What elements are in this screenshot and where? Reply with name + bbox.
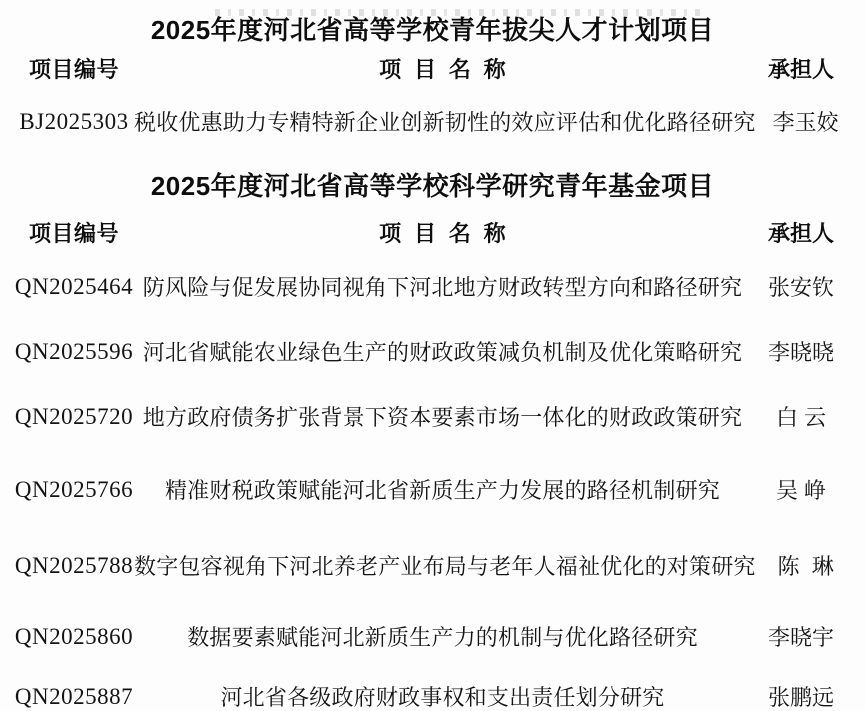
table-header: 项目编号 项 目 名 称 承担人 xyxy=(0,217,865,247)
table-header: 项目编号 项 目 名 称 承担人 xyxy=(0,53,865,83)
project-row: QN2025464 防风险与促发展协同视角下河北地方财政转型方向和路径研究 张安… xyxy=(0,271,865,301)
project-row: BJ2025303 税收优惠助力专精特新企业创新韧性的效应评估和优化路径研究 李… xyxy=(0,106,865,136)
header-project-code: 项目编号 xyxy=(14,217,134,248)
project-code: QN2025464 xyxy=(14,274,134,300)
project-name: 河北省各级政府财政事权和支出责任划分研究 xyxy=(134,681,751,711)
project-code: QN2025887 xyxy=(14,684,134,710)
project-name: 数字包容视角下河北养老产业布局与老年人福祉优化的对策研究 xyxy=(134,550,756,581)
project-row: QN2025720 地方政府债务扩张背景下资本要素市场一体化的财政政策研究 白 … xyxy=(0,401,865,431)
section-talent-program: 2025年度河北省高等学校青年拔尖人才计划项目 项目编号 项 目 名 称 承担人… xyxy=(0,13,865,136)
section-youth-fund: 2025年度河北省高等学校科学研究青年基金项目 项目编号 项 目 名 称 承担人… xyxy=(0,169,865,711)
project-person: 李晓宇 xyxy=(751,621,851,652)
project-person: 李玉姣 xyxy=(756,106,856,137)
project-code: BJ2025303 xyxy=(14,109,134,135)
project-name: 精准财税政策赋能河北省新质生产力发展的路径机制研究 xyxy=(134,474,751,505)
project-code: QN2025596 xyxy=(14,339,134,365)
project-person: 张安钦 xyxy=(751,271,851,302)
project-person: 白 云 xyxy=(751,401,851,432)
project-name: 数据要素赋能河北新质生产力的机制与优化路径研究 xyxy=(134,621,751,652)
project-name: 税收优惠助力专精特新企业创新韧性的效应评估和优化路径研究 xyxy=(134,106,756,137)
section-title: 2025年度河北省高等学校科学研究青年基金项目 xyxy=(0,169,865,203)
header-undertaker: 承担人 xyxy=(751,217,851,248)
header-project-name: 项 目 名 称 xyxy=(134,53,751,84)
header-project-name: 项 目 名 称 xyxy=(134,217,751,248)
project-name: 地方政府债务扩张背景下资本要素市场一体化的财政政策研究 xyxy=(134,401,751,432)
project-row: QN2025766 精准财税政策赋能河北省新质生产力发展的路径机制研究 吴 峥 xyxy=(0,474,865,504)
project-code: QN2025860 xyxy=(14,624,134,650)
project-name: 河北省赋能农业绿色生产的财政政策减负机制及优化策略研究 xyxy=(134,336,751,367)
project-person: 陈 琳 xyxy=(756,550,856,581)
header-undertaker: 承担人 xyxy=(751,53,851,84)
section-title: 2025年度河北省高等学校青年拔尖人才计划项目 xyxy=(0,13,865,47)
project-row: QN2025860 数据要素赋能河北新质生产力的机制与优化路径研究 李晓宇 xyxy=(0,621,865,651)
project-row: QN2025596 河北省赋能农业绿色生产的财政政策减负机制及优化策略研究 李晓… xyxy=(0,336,865,366)
document-page: 2025年度河北省高等学校青年拔尖人才计划项目 项目编号 项 目 名 称 承担人… xyxy=(0,0,865,711)
project-person: 吴 峥 xyxy=(751,474,851,505)
project-person: 李晓晓 xyxy=(751,336,851,367)
project-code: QN2025766 xyxy=(14,477,134,503)
project-code: QN2025720 xyxy=(14,404,134,430)
project-name: 防风险与促发展协同视角下河北地方财政转型方向和路径研究 xyxy=(134,271,751,302)
project-row: QN2025788 数字包容视角下河北养老产业布局与老年人福祉优化的对策研究 陈… xyxy=(0,550,865,580)
project-person: 张鹏远 xyxy=(751,681,851,711)
project-code: QN2025788 xyxy=(14,553,134,579)
scan-artifact-top xyxy=(215,9,707,16)
header-project-code: 项目编号 xyxy=(14,53,134,84)
project-row: QN2025887 河北省各级政府财政事权和支出责任划分研究 张鹏远 xyxy=(0,681,865,711)
